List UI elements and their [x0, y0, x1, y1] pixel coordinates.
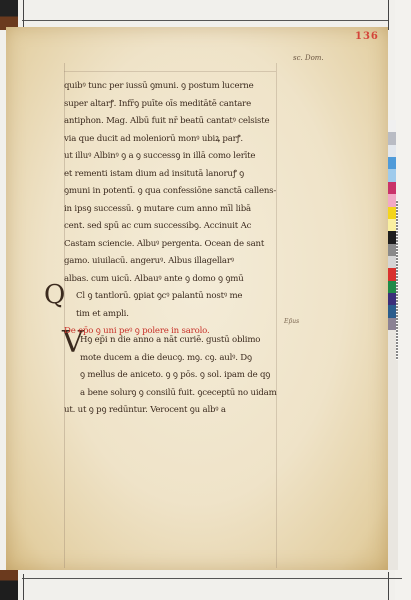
color-swatch [388, 231, 396, 243]
text-line: albas. cum uicū. Albauꝰ ante ꝯ domo ꝯ ꝯm… [64, 271, 279, 289]
color-swatch [388, 194, 396, 206]
color-swatch [388, 132, 396, 144]
color-swatch [388, 268, 396, 280]
color-swatch [388, 256, 396, 268]
decorated-initial-q: Q [44, 282, 65, 308]
color-swatch [388, 305, 396, 317]
text-line: ꝯ mellus de aniceto. ꝯ ꝯ pōs. ꝯ sol. ipa… [80, 367, 280, 385]
binding-edge-top [0, 0, 18, 30]
color-swatch [388, 169, 396, 181]
binding-edge-bottom [0, 570, 18, 600]
color-swatch [388, 145, 396, 157]
second-text-block: Hꝯ ep̄i n die anno a nāt curiē. gustū ob… [80, 332, 280, 420]
text-line: tim et ampli. [64, 306, 279, 324]
text-line: cent. sed spū ac cum successibꝯ. Accinui… [64, 218, 279, 236]
color-swatch [388, 120, 396, 132]
folio-number: 136 [355, 31, 379, 42]
side-margin-note: Ep̄us [284, 318, 299, 325]
text-line: super altarꝭ. Infr̄ꝯ puīte oīs meditātē … [64, 96, 279, 114]
backing-rule-top [22, 20, 388, 21]
color-swatch [388, 182, 396, 194]
text-line: Cl ꝯ tantlorū. ꝯpiat ꝯcꝰ palantū nostꝰ m… [64, 288, 279, 306]
color-swatch [388, 219, 396, 231]
color-swatch [388, 293, 396, 305]
text-line: mote ducem a die deucꝯ. mꝯ. cꝯ. aulꝰ. Dꝯ [80, 350, 280, 368]
backing-rule-right-top [388, 0, 389, 30]
backing-rule-left-bottom [23, 574, 24, 600]
calibration-strip-tail [388, 330, 398, 570]
text-line: antiphon. Mag. Albū fuit nr̄ beatū canta… [64, 113, 279, 131]
backing-rule-bottom [22, 578, 402, 579]
calibration-scale-ticks [396, 200, 398, 360]
color-swatch [388, 207, 396, 219]
text-line: quibꝰ tunc per iussū ꝯmuni. ꝯ postum luc… [64, 78, 279, 96]
main-text-block: quibꝰ tunc per iussū ꝯmuni. ꝯ postum luc… [64, 78, 279, 341]
text-line: ꝯmuni in potentī. ꝯ qua confessiōne sanc… [64, 183, 279, 201]
text-line: Castam sciencie. Albuꝰ pergenta. Ocean d… [64, 236, 279, 254]
text-line: in ipsꝯ successū. ꝯ mutare cum anno mīl … [64, 201, 279, 219]
text-line: a bene solurꝯ ꝯ consilū fuit. ꝯceceptū n… [80, 385, 280, 403]
top-margin-note: sc. Dom. [293, 54, 324, 62]
color-swatch [388, 318, 396, 330]
backing-rule-left-top [23, 0, 24, 30]
text-line: via que ducit ad moleniorū monꝰ ubiꝝ par… [64, 131, 279, 149]
ruling-line-top [64, 71, 276, 72]
text-line: Hꝯ ep̄i n die anno a nāt curiē. gustū ob… [80, 332, 280, 350]
color-calibration-strip [388, 120, 396, 330]
color-swatch [388, 244, 396, 256]
color-swatch [388, 281, 396, 293]
text-line: ut. ut ꝯ pꝯ redūntur. Verocent ꝯu albꝰ a [64, 402, 280, 420]
text-line: ut illuꝰ Albinꝰ ꝯ a ꝯ successꝯ in illā c… [64, 148, 279, 166]
backing-rule-right-bottom [388, 572, 389, 600]
text-line: et rementi istam dium ad insitutā lanoru… [64, 166, 279, 184]
color-swatch [388, 157, 396, 169]
text-line: gamo. uiuilacū. angeruꝰ. Albus illagella… [64, 253, 279, 271]
